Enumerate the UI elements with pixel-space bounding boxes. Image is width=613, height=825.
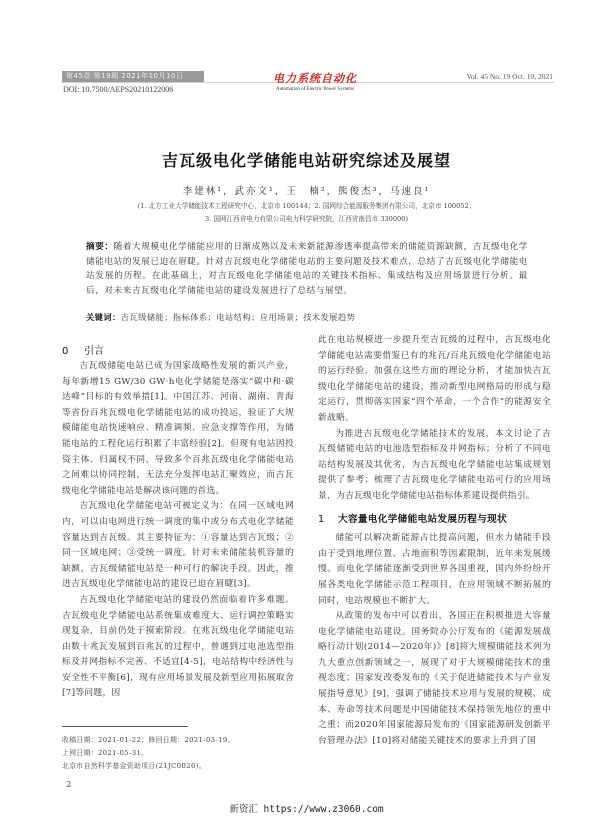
keywords-label: 关键词： [86, 312, 121, 322]
paper-title: 吉瓦级电化学储能电站研究综述及展望 [0, 148, 613, 171]
authors: 李建林¹，武亦文¹，王 楠²，熊俊杰³，马速良¹ [0, 183, 613, 197]
paragraph: 从政策的发布中可以看出，各国正在积极推进大容量电化学储能电站建设。国务院办公厅发… [318, 609, 551, 749]
watermark: 新资汇 https://www.z3060.com [0, 801, 613, 815]
paragraph: 吉瓦级电化学储能电站可被定义为：在同一区域电网内，可以由电网进行统一调度的集中或… [62, 499, 294, 593]
paragraph: 此在电站规模进一步提升至吉瓦级的过程中，吉瓦级电化学储能电站需要借鉴已有的兆瓦/… [318, 333, 551, 427]
keywords: 关键词：吉瓦级储能；指标体系；电站结构；应用场景；技术发展趋势 [86, 312, 355, 323]
section-heading-1: 1大容量电化学储能电站发展历程与现状 [318, 512, 551, 528]
left-column: 吉瓦级储能电站已成为国家战略性发展的新兴产业，每年新增15 GW/30 GW·h… [62, 359, 294, 702]
section-number: 0 [62, 346, 84, 357]
paragraph: 吉瓦级储能电站已成为国家战略性发展的新兴产业，每年新增15 GW/30 GW·h… [62, 359, 294, 499]
right-column: 此在电站规模进一步提升至吉瓦级的过程中，吉瓦级电化学储能电站需要借鉴已有的兆瓦/… [318, 333, 551, 749]
keywords-text: 吉瓦级储能；指标体系；电站结构；应用场景；技术发展趋势 [121, 312, 356, 322]
footnote-rule [62, 726, 188, 727]
affiliations-line-1: (1. 北方工业大学储能技术工程研究中心，北京市 100144；2. 国网综合能… [0, 200, 613, 210]
doi: DOI: 10.7500/AEPS20210122006 [63, 85, 173, 94]
volume-info: Vol. 45 No. 19 Oct. 10, 2021 [466, 72, 553, 81]
abstract: 摘要：随着大规模电化学储能应用的日渐成熟以及未来新能源渗透率提高带来的储能资源缺… [86, 240, 528, 298]
footnote-funding: 北京市自然科学基金资助项目(21JC0026)。 [62, 760, 206, 770]
paragraph: 为推进吉瓦级电化学储能技术的发展，本文讨论了吉瓦级储能电站的电池选型指标及并网指… [318, 427, 551, 505]
journal-logo: 电力系统自动化 Automation of Electric Power Sys… [270, 70, 360, 92]
footnote-online: 上网日期：2021-05-31。 [62, 747, 148, 757]
section-title: 引言 [84, 346, 104, 357]
section-number: 1 [318, 512, 338, 528]
issue-badge: 第45卷 第19期 2021年10月10日 [62, 71, 204, 82]
paper-page: 第45卷 第19期 2021年10月10日 DOI: 10.7500/AEPS2… [0, 0, 613, 825]
section-heading-introduction: 0引言 [62, 342, 104, 357]
page-number: 2 [66, 780, 71, 790]
section-title: 大容量电化学储能电站发展历程与现状 [338, 514, 507, 525]
footnote-received: 收稿日期：2021-01-22；修回日期：2021-03-19。 [62, 734, 235, 744]
affiliations-line-2: 3. 国网江西省电力有限公司电力科学研究院，江西省南昌市 330000) [0, 213, 613, 223]
journal-name-cn: 电力系统自动化 [270, 70, 360, 86]
paragraph: 吉瓦级电化学储能电站的建设仍然面临着许多难题。吉瓦级电化学储能电站系统集成难度大… [62, 593, 294, 702]
journal-name-en: Automation of Electric Power Systems [270, 87, 360, 92]
paragraph: 储能可以解决新能源占比提高问题，但水力储能手段由于受到地理位置、占地面积等因素限… [318, 531, 551, 609]
abstract-label: 摘要： [86, 242, 114, 252]
abstract-text: 随着大规模电化学储能应用的日渐成熟以及未来新能源渗透率提高带来的储能资源缺额，吉… [86, 242, 528, 296]
